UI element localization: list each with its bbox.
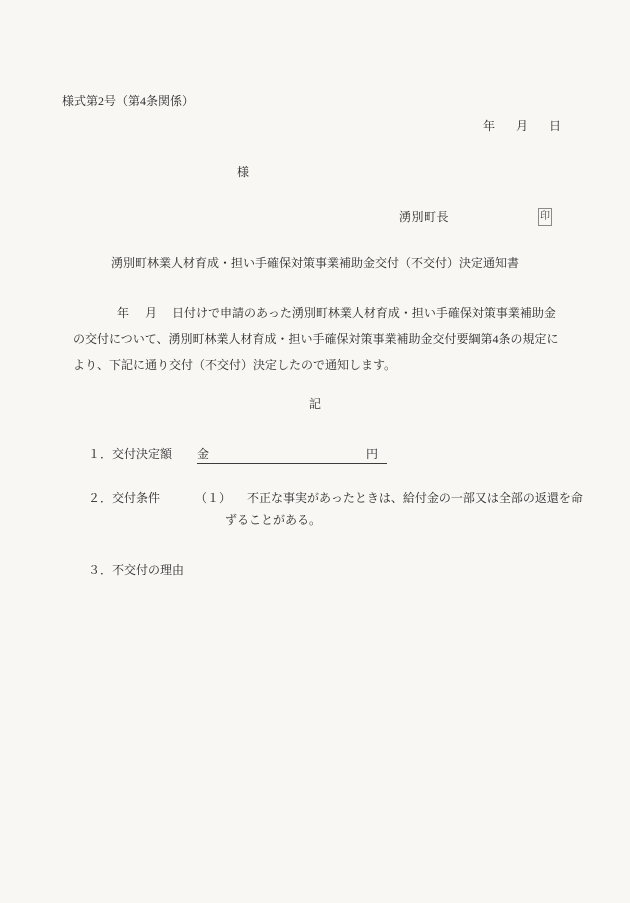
seal-stamp: 印 bbox=[538, 208, 552, 226]
item-3-label: 不交付の理由 bbox=[112, 563, 184, 577]
issue-date-line: 年 月 日 bbox=[483, 119, 561, 134]
application-date-year-label: 年 bbox=[117, 306, 129, 320]
issue-date-month-label: 月 bbox=[516, 119, 528, 134]
issue-date-year-label: 年 bbox=[483, 119, 495, 134]
amount-unit: 円 bbox=[366, 447, 378, 462]
body-paragraph-line-3: より、下記に通り交付（不交付）決定したので通知します。 bbox=[73, 358, 396, 373]
item-2-clause-text-line-1: 不正な事実があったときは、給付金の一部又は全部の返還を命 bbox=[247, 491, 583, 506]
record-marker: 記 bbox=[0, 397, 630, 412]
addressee-honorific: 様 bbox=[237, 165, 249, 180]
item-2-grant-conditions-label: ２．交付条件 bbox=[88, 491, 160, 506]
item-2-number: ２． bbox=[88, 491, 112, 505]
item-2-label: 交付条件 bbox=[112, 491, 160, 505]
item-1-label: 交付決定額 bbox=[112, 447, 172, 461]
item-1-grant-amount-label: １．交付決定額 bbox=[88, 447, 172, 462]
application-date-month-label: 月 bbox=[145, 306, 157, 320]
grant-amount-blank-field: 金 円 bbox=[197, 447, 387, 464]
application-date-day-and-text: 日付けで申請のあった湧別町林業人材育成・担い手確保対策事業補助金 bbox=[172, 306, 556, 320]
amount-prefix: 金 bbox=[197, 447, 209, 461]
body-paragraph-line-2: の交付について、湧別町林業人材育成・担い手確保対策事業補助金交付要綱第4条の規定… bbox=[73, 332, 559, 347]
issue-date-day-label: 日 bbox=[549, 119, 561, 134]
form-number: 様式第2号（第4条関係） bbox=[62, 94, 194, 109]
body-paragraph-line-1: 年月日付けで申請のあった湧別町林業人材育成・担い手確保対策事業補助金 bbox=[117, 306, 556, 321]
issuer-name: 湧別町長 bbox=[399, 210, 449, 225]
item-2-clause-text-line-2: ずることがある。 bbox=[225, 513, 321, 528]
document-title: 湧別町林業人材育成・担い手確保対策事業補助金交付（不交付）決定通知書 bbox=[0, 256, 630, 271]
item-2-clause-number: （１） bbox=[195, 491, 231, 506]
item-1-number: １． bbox=[88, 447, 112, 461]
item-3-number: ３． bbox=[88, 563, 112, 577]
document-page: 様式第2号（第4条関係） 年 月 日 様 湧別町長 印 湧別町林業人材育成・担い… bbox=[0, 0, 630, 903]
item-3-non-grant-reason-label: ３．不交付の理由 bbox=[88, 563, 184, 578]
